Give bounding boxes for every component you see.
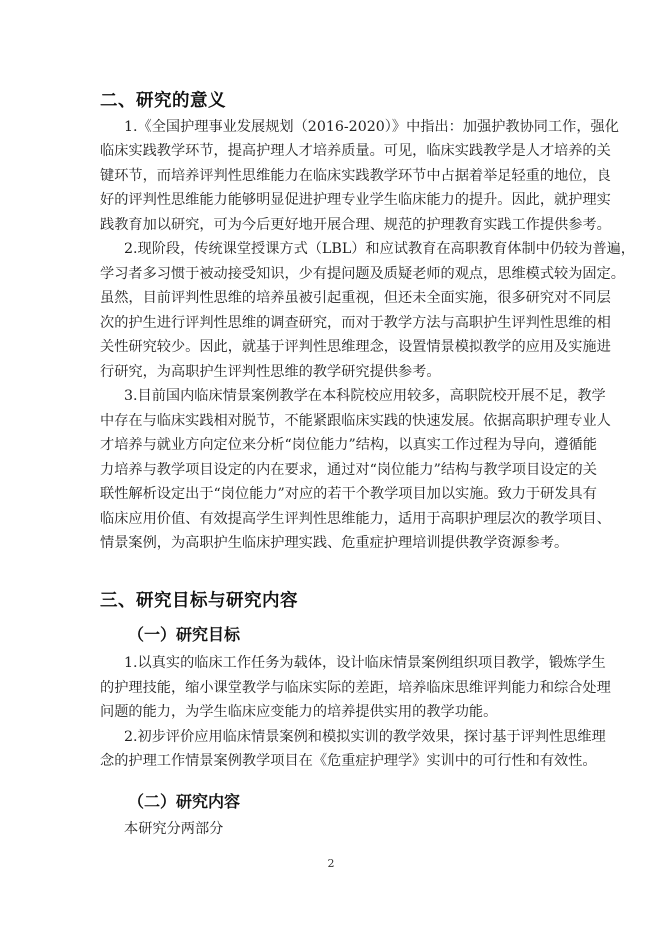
paragraph-line: 键环节，而培养评判性思维能力在临床实践教学环节中占据着举足轻重的地位，良 xyxy=(100,167,569,185)
paragraph-line: 2.现阶段，传统课堂授课方式（LBL）和应试教育在高职教育体制中仍较为普遍， xyxy=(124,240,569,258)
paragraph-line: 关性研究较少。因此，就基于评判性思维理念，设置情景模拟教学的应用及实施进 xyxy=(100,338,569,356)
paragraph-line: 践教育加以研究，可为今后更好地开展合理、规范的护理教育实践工作提供参考。 xyxy=(100,216,569,234)
subsection-heading-goals: （一）研究目标 xyxy=(128,622,240,645)
paragraph-line: 情景案例，为高职护生临床护理实践、危重症护理培训提供教学资源参考。 xyxy=(100,534,569,552)
subsection-heading-content: （二）研究内容 xyxy=(128,789,240,812)
paragraph-line: 的护理技能，缩小课堂教学与临床实际的差距，培养临床思维评判能力和综合处理 xyxy=(100,679,569,697)
paragraph-line: 虽然，目前评判性思维的培养虽被引起重视，但还未全面实施，很多研究对不同层 xyxy=(100,289,569,307)
section-heading-significance: 二、研究的意义 xyxy=(100,87,226,112)
paragraph-line: 次的护生进行评判性思维的调查研究，而对于教学方法与高职护生评判性思维的相 xyxy=(100,314,569,332)
paragraph-line: 念的护理工作情景案例教学项目在《危重症护理学》实训中的可行性和有效性。 xyxy=(100,752,569,770)
paragraph-line: 2.初步评价应用临床情景案例和模拟实训的教学效果，探讨基于评判性思维理 xyxy=(124,728,569,746)
paragraph-line: 学习者多习惯于被动接受知识，少有提问题及质疑老师的观点，思维模式较为固定。 xyxy=(100,265,569,283)
paragraph-line: 临床实践教学环节，提高护理人才培养质量。可见，临床实践教学是人才培养的关 xyxy=(100,142,569,160)
paragraph-line: 3.目前国内临床情景案例教学在本科院校应用较多，高职院校开展不足，教学 xyxy=(124,387,569,405)
paragraph-line: 行研究，为高职护生评判性思维的教学研究提供参考。 xyxy=(100,363,569,381)
paragraph-line: 才培养与就业方向定位来分析“岗位能力”结构，以真实工作过程为导向，遵循能 xyxy=(100,436,569,454)
paragraph-line: 联性解析设定出于“岗位能力”对应的若干个教学项目加以实施。致力于研发具有 xyxy=(100,485,569,503)
document-page: 二、研究的意义 1.《全国护理事业发展规划（2016-2020）》中指出：加强护… xyxy=(0,0,662,936)
paragraph-line: 1.《全国护理事业发展规划（2016-2020）》中指出：加强护教协同工作，强化 xyxy=(124,118,569,136)
paragraph-line: 临床应用价值、有效提高学生评判性思维能力，适用于高职护理层次的教学项目、 xyxy=(100,510,569,528)
paragraph-line: 问题的能力，为学生临床应变能力的培养提供实用的教学功能。 xyxy=(100,703,569,721)
paragraph-line: 好的评判性思维能力能够明显促进护理专业学生临床能力的提升。因此，就护理实 xyxy=(100,191,569,209)
paragraph-line: 力培养与教学项目设定的内在要求，通过对“岗位能力”结构与教学项目设定的关 xyxy=(100,461,569,479)
paragraph-line: 1.以真实的临床工作任务为载体，设计临床情景案例组织项目教学，锻炼学生 xyxy=(124,654,569,672)
paragraph-line: 本研究分两部分 xyxy=(124,820,569,838)
paragraph-line: 中存在与临床实践相对脱节，不能紧跟临床实践的快速发展。依据高职护理专业人 xyxy=(100,412,569,430)
section-heading-goals-content: 三、研究目标与研究内容 xyxy=(100,587,298,612)
page-number: 2 xyxy=(0,857,662,870)
